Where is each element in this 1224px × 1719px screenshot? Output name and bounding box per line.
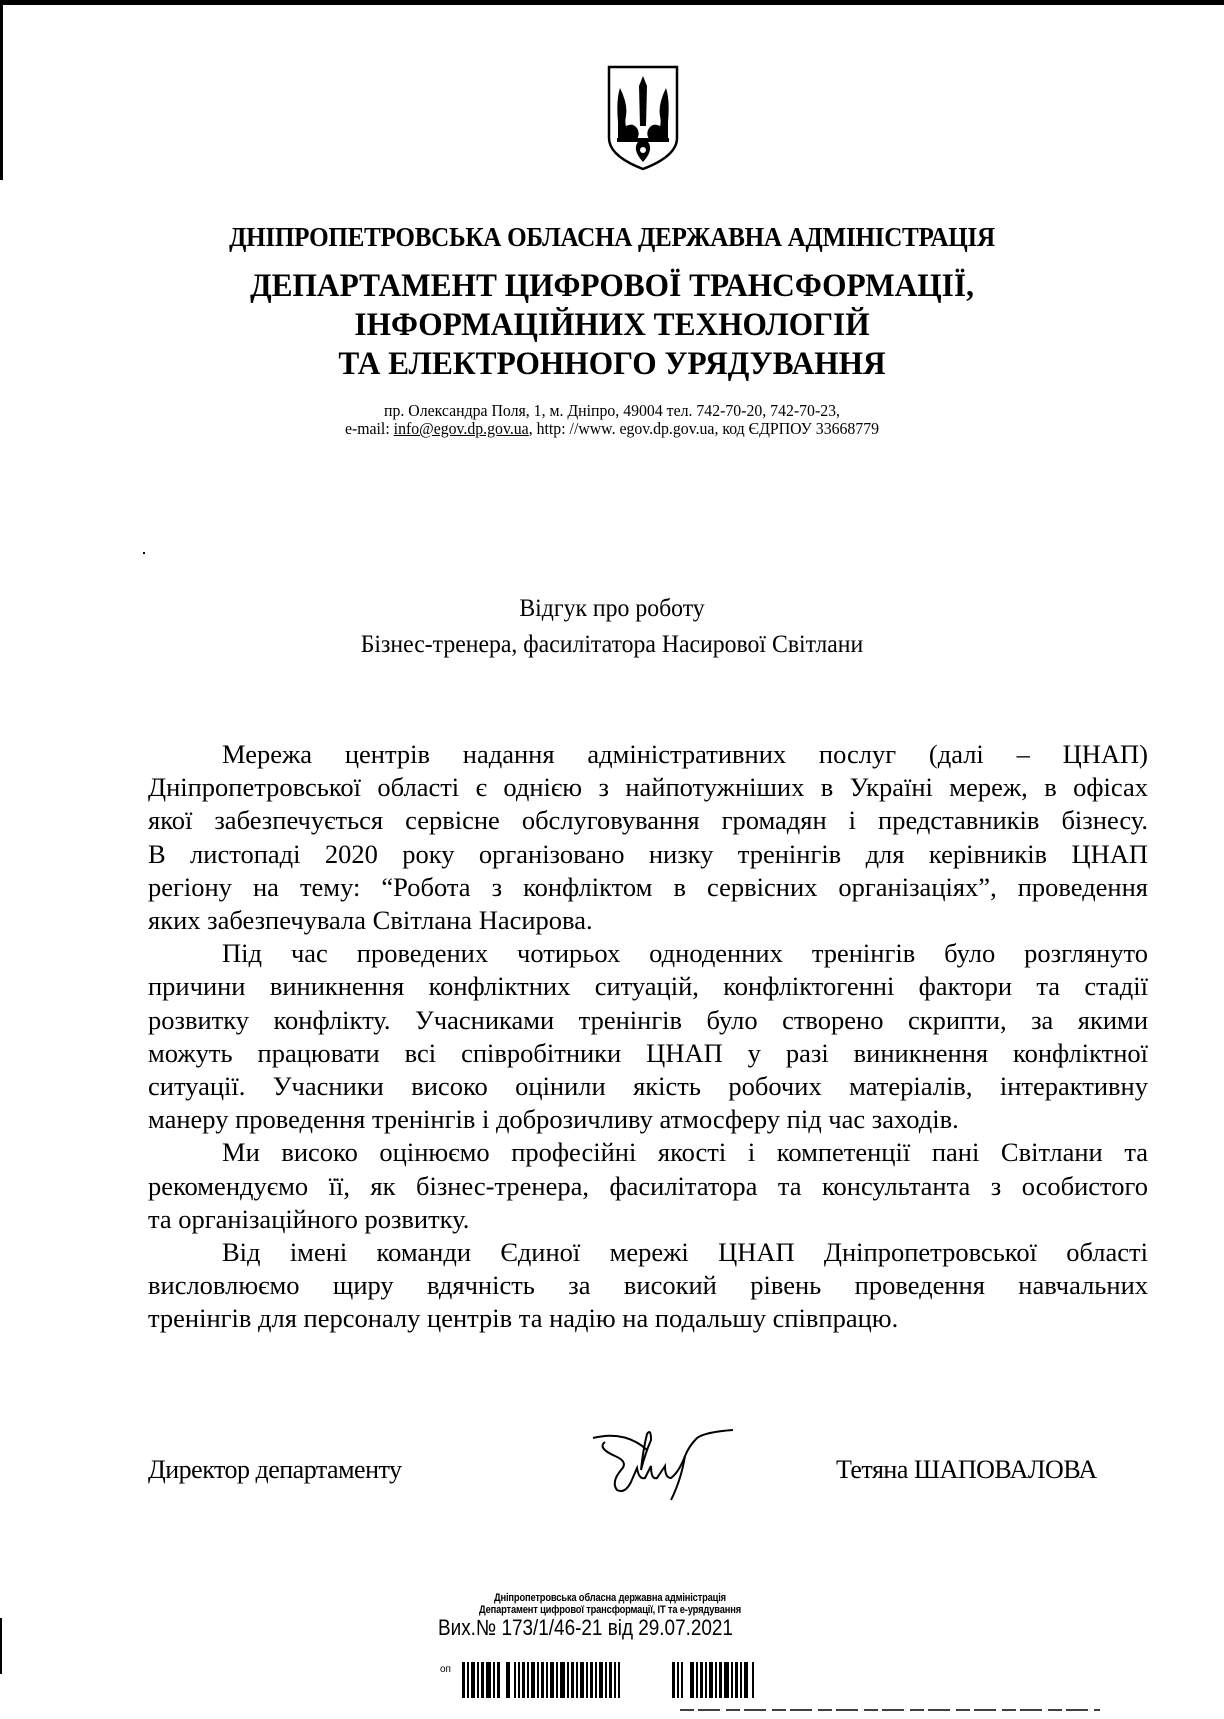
contacts-line: e-mail: info@egov.dp.gov.ua, http: //www… bbox=[43, 420, 1181, 438]
email-label: e-mail: bbox=[345, 419, 394, 438]
address-line: пр. Олександра Поля, 1, м. Дніпро, 49004… bbox=[43, 402, 1181, 420]
coat-of-arms-icon bbox=[606, 64, 680, 172]
paragraph-1: Мережа центрів надання адміністративних … bbox=[148, 738, 1148, 937]
document-title: Відгук про роботу bbox=[31, 595, 1194, 623]
body-line: яких забезпечувала Світлана Насирова. bbox=[148, 904, 1148, 937]
body-line: розвитку конфлікту. Учасниками тренінгів… bbox=[148, 1004, 1148, 1037]
paragraph-3: Ми високо оцінюємо професійні якості і к… bbox=[148, 1136, 1148, 1236]
department-name-line-1: ДЕПАРТАМЕНТ ЦИФРОВОЇ ТРАНСФОРМАЦІЇ, bbox=[31, 268, 1194, 305]
stamp-org: Дніпропетровська обласна державна адміні… bbox=[466, 1592, 755, 1604]
scan-border-top bbox=[0, 0, 1224, 5]
barcode-icon: оп bbox=[440, 1660, 770, 1700]
body-line: В листопаді 2020 року організовано низку… bbox=[148, 838, 1148, 871]
body-line: причини виникнення конфліктних ситуацій,… bbox=[148, 970, 1148, 1003]
body-line: Від імені команди Єдиної мережі ЦНАП Дні… bbox=[148, 1236, 1148, 1269]
scan-border-left-bottom bbox=[0, 1618, 2, 1674]
email-link[interactable]: info@egov.dp.gov.ua bbox=[394, 419, 529, 438]
body-text: Мережа центрів надання адміністративних … bbox=[148, 738, 1148, 1336]
scan-border-bottom bbox=[680, 1709, 1100, 1711]
signatory-role: Директор департаменту bbox=[148, 1455, 402, 1485]
body-line: та організаційного розвитку. bbox=[148, 1203, 1148, 1236]
body-line: рекомендуємо її, як бізнес-тренера, фаси… bbox=[148, 1170, 1148, 1203]
body-line: Мережа центрів надання адміністративних … bbox=[148, 738, 1148, 771]
scan-border-left bbox=[0, 0, 3, 180]
body-line: якої забезпечується сервісне обслуговува… bbox=[148, 804, 1148, 837]
document-subtitle: Бізнес-тренера, фасилітатора Насирової С… bbox=[31, 631, 1194, 659]
scan-speck bbox=[143, 552, 145, 554]
handwritten-signature-icon bbox=[585, 1420, 735, 1502]
body-line: манеру проведення тренінгів і доброзичли… bbox=[148, 1103, 1148, 1136]
outgoing-number: Вих.№ 173/1/46-21 від 29.07.2021 bbox=[438, 1616, 732, 1640]
body-line: Під час проведених чотирьох одноденних т… bbox=[148, 937, 1148, 970]
body-line: ситуації. Учасники високо оцінили якість… bbox=[148, 1070, 1148, 1103]
body-line: регіону на тему: “Робота з конфліктом в … bbox=[148, 871, 1148, 904]
signatory-name: Тетяна ШАПОВАЛОВА bbox=[836, 1455, 1097, 1485]
body-line: Дніпропетровської області є однією з най… bbox=[148, 771, 1148, 804]
contacts-rest: , http: //www. egov.dp.gov.ua, код ЄДРПО… bbox=[529, 419, 879, 438]
registration-stamp: Дніпропетровська обласна державна адміні… bbox=[440, 1592, 780, 1640]
paragraph-4: Від імені команди Єдиної мережі ЦНАП Дні… bbox=[148, 1236, 1148, 1336]
paragraph-2: Під час проведених чотирьох одноденних т… bbox=[148, 937, 1148, 1136]
body-line: Ми високо оцінюємо професійні якості і к… bbox=[148, 1136, 1148, 1169]
org-name: ДНІПРОПЕТРОВСЬКА ОБЛАСНА ДЕРЖАВНА АДМІНІ… bbox=[43, 222, 1181, 253]
body-line: висловлюємо щиру вдячність за високий рі… bbox=[148, 1269, 1148, 1302]
department-name-line-3: ТА ЕЛЕКТРОННОГО УРЯДУВАННЯ bbox=[31, 346, 1194, 383]
department-name-line-2: ІНФОРМАЦІЙНИХ ТЕХНОЛОГІЙ bbox=[31, 307, 1194, 344]
body-line: тренінгів для персоналу центрів та надію… bbox=[148, 1302, 1148, 1335]
barcode-prefix: оп bbox=[440, 1664, 451, 1675]
body-line: можуть працювати всі співробітники ЦНАП … bbox=[148, 1037, 1148, 1070]
